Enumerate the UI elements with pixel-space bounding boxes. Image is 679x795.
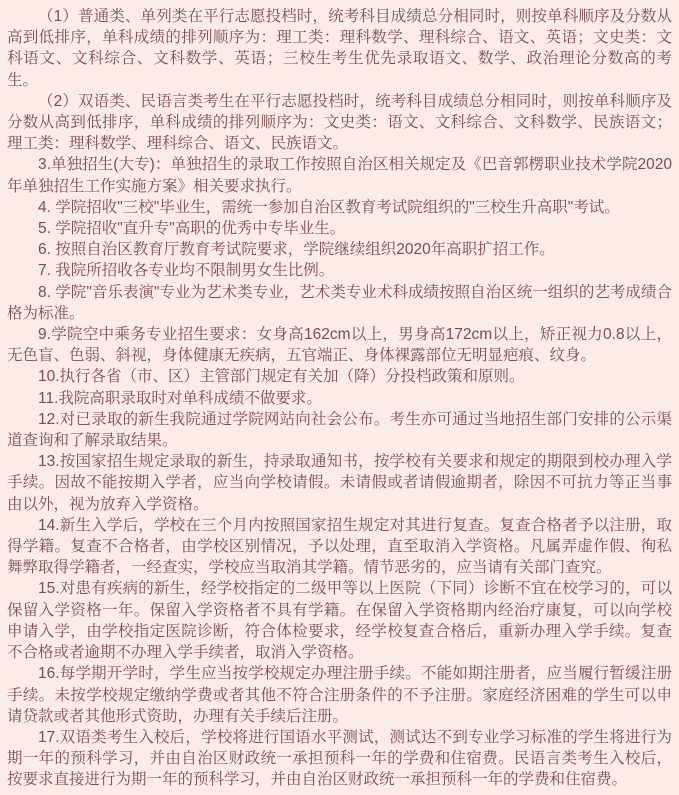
admissions-regulations-document: （1）普通类、单列类在平行志愿投档时，统考科目成绩总分相同时，则按单科顺序及分数… — [0, 0, 679, 795]
paragraph-item-16: 16.每学期开学时，学生应当按学校规定办理注册手续。不能如期注册者，应当履行暂缓… — [7, 663, 672, 727]
paragraph-item-5: 5. 学院招收"直升专"高职的优秀中专毕业生。 — [7, 218, 672, 239]
paragraph-item-17: 17.双语类考生入校后，学校将进行国语水平测试，测试达不到专业学习标准的学生将进… — [7, 727, 672, 791]
paragraph-item-11: 11.我院高职录取时对单科成绩不做要求。 — [7, 388, 672, 409]
paragraph-item-15: 15.对患有疾病的新生，经学校指定的二级甲等以上医院（下同）诊断不宜在校学习的，… — [7, 578, 672, 663]
paragraph-item-4: 4. 学院招收"三校"毕业生，需统一参加自治区教育考试院组织的"三校生升高职"考… — [7, 197, 672, 218]
paragraph-item-9: 9.学院空中乘务专业招生要求：女身高162cm以上，男身高172cm以上，矫正视… — [7, 324, 672, 366]
paragraph-item-13: 13.按国家招生规定录取的新生，持录取通知书，按学校有关要求和规定的期限到校办理… — [7, 451, 672, 515]
paragraph-item-7: 7. 我院所招收各专业均不限制男女生比例。 — [7, 260, 672, 281]
paragraph-rule-2: （2）双语类、民语言类考生在平行志愿投档时，统考科目成绩总分相同时，则按单科顺序… — [7, 91, 672, 155]
paragraph-item-6: 6. 按照自治区教育厅教育考试院要求，学院继续组织2020年高职扩招工作。 — [7, 239, 672, 260]
paragraph-item-14: 14.新生入学后，学校在三个月内按照国家招生规定对其进行复查。复查合格者予以注册… — [7, 515, 672, 579]
paragraph-item-8: 8. 学院"音乐表演"专业为艺术类专业，艺术类专业术科成绩按照自治区统一组织的艺… — [7, 282, 672, 324]
paragraph-item-10: 10.执行各省（市、区）主管部门规定有关加（降）分投档政策和原则。 — [7, 366, 672, 387]
paragraph-item-12: 12.对已录取的新生我院通过学院网站向社会公布。考生亦可通过当地招生部门安排的公… — [7, 409, 672, 451]
paragraph-item-3: 3.单独招生(大专)：单独招生的录取工作按照自治区相关规定及《巴音郭楞职业技术学… — [7, 154, 672, 196]
paragraph-rule-1: （1）普通类、单列类在平行志愿投档时，统考科目成绩总分相同时，则按单科顺序及分数… — [7, 6, 672, 91]
